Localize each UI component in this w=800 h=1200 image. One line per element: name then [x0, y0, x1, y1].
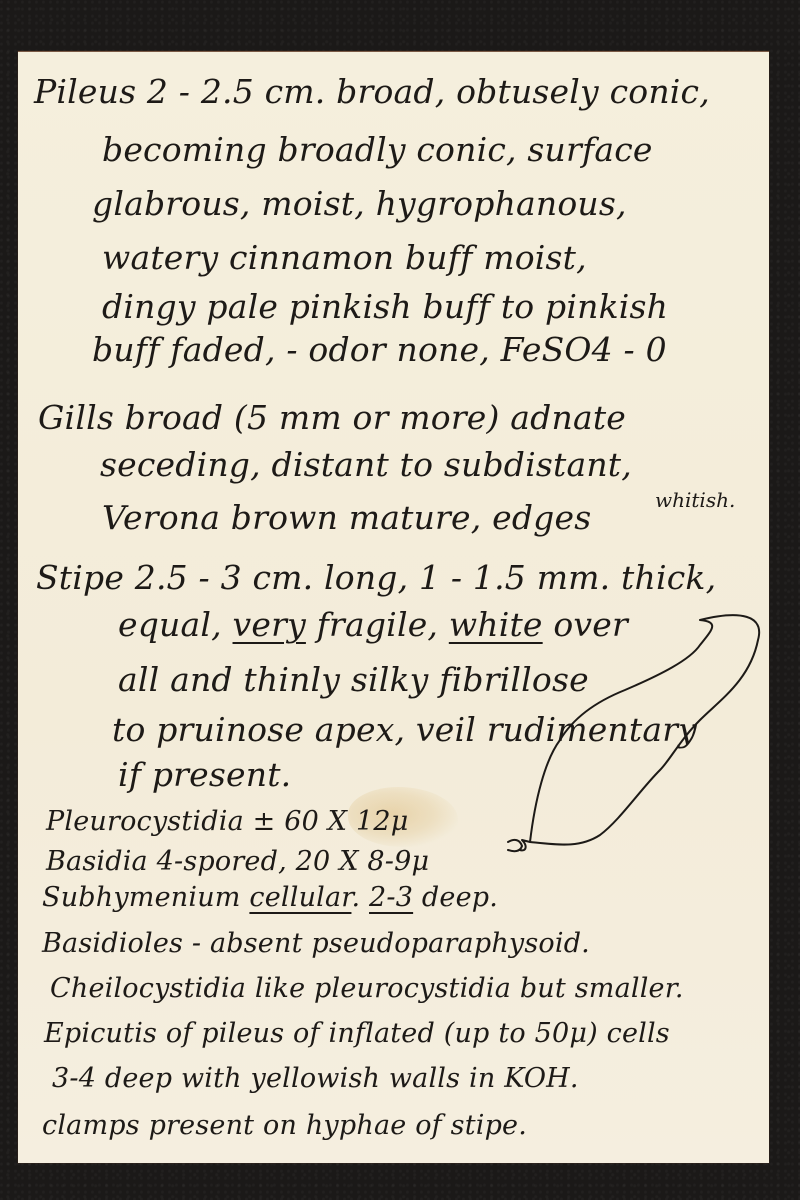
- pileus-line-3: glabrous, moist, hygrophanous,: [92, 184, 627, 223]
- underlined-white: white: [449, 605, 543, 644]
- pileus-line-5: dingy pale pinkish buff to pinkish: [102, 287, 668, 326]
- stipe-line-3: all and thinly silky fibrillose: [118, 660, 589, 699]
- underlined-cellular: cellular: [249, 882, 351, 913]
- gills-edge-superscript: whitish.: [655, 488, 735, 512]
- micro-line-basidia: Basidia 4-spored, 20 X 8-9μ: [46, 846, 429, 877]
- micro-line-epicutis: Epicutis of pileus of inflated (up to 50…: [44, 1018, 670, 1049]
- gills-line-3: Verona brown mature, edges: [102, 498, 591, 537]
- pileus-line-1: Pileus 2 - 2.5 cm. broad, obtusely conic…: [34, 72, 710, 111]
- gills-line-2: seceding, distant to subdistant,: [100, 445, 632, 484]
- micro-line-basidioles: Basidioles - absent pseudoparaphysoid.: [42, 928, 590, 959]
- subhymenium-text: Subhymenium cellular. 2-3 deep.: [42, 882, 498, 913]
- micro-line-epicutis-cont: 3-4 deep with yellowish walls in KOH.: [52, 1063, 579, 1094]
- stipe-line-2: equal, very fragile, white over: [118, 605, 628, 644]
- pileus-line-6: buff faded, - odor none, FeSO4 - 0: [92, 330, 667, 369]
- stipe-line-4: to pruinose apex, veil rudimentary: [112, 710, 697, 749]
- micro-line-subhymenium: Subhymenium cellular. 2-3 deep.: [42, 882, 498, 913]
- micro-line-cheilocystidia: Cheilocystidia like pleurocystidia but s…: [50, 973, 684, 1004]
- gills-line-1: Gills broad (5 mm or more) adnate: [38, 398, 626, 437]
- underlined-depth: 2-3: [369, 882, 413, 913]
- micro-line-clamps: clamps present on hyphae of stipe.: [42, 1110, 527, 1141]
- stipe-line-2-text: equal, very fragile, white over: [118, 605, 628, 644]
- stipe-line-5: if present.: [118, 755, 291, 794]
- stipe-line-1: Stipe 2.5 - 3 cm. long, 1 - 1.5 mm. thic…: [36, 558, 716, 597]
- pileus-line-4: watery cinnamon buff moist,: [102, 238, 587, 277]
- pileus-line-2: becoming broadly conic, surface: [102, 130, 653, 169]
- underlined-very: very: [233, 605, 306, 644]
- micro-line-pleurocystidia: Pleurocystidia ± 60 X 12μ: [46, 806, 409, 837]
